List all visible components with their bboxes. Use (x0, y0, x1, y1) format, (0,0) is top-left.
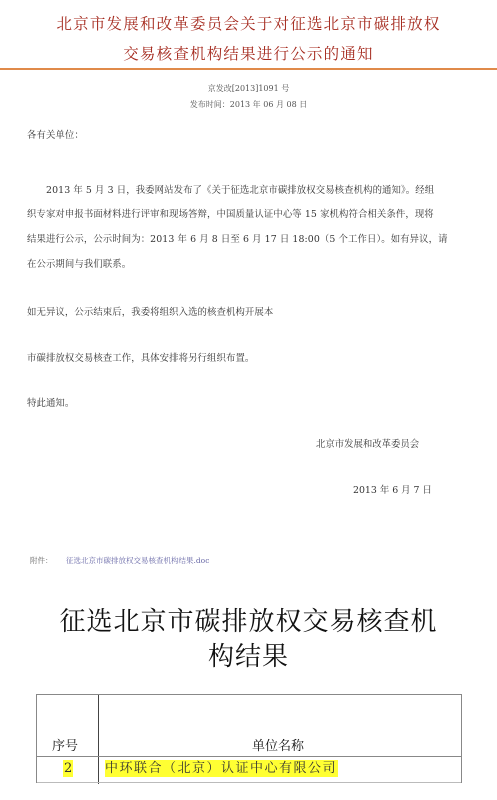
row-bottom-border (37, 782, 461, 783)
header-unit-name: 单位名称 (252, 735, 304, 754)
notice-title-line1: 北京市发展和改革委员会关于对征选北京市碳排放权 (0, 12, 497, 34)
column-divider (98, 695, 99, 784)
salutation: 各有关单位： (27, 127, 84, 141)
closing-text: 特此通知。 (27, 395, 74, 409)
header-divider (37, 756, 461, 757)
paragraph1-line1: 2013 年 5 月 3 日，我委网站发布了《关于征选北京市碳排放权交易核查机构… (46, 182, 434, 196)
notice-date: 2013 年 6 月 7 日 (353, 482, 432, 496)
result-title-line2: 构结果 (0, 640, 497, 674)
paragraph1-line3: 结果进行公示，公示时间为：2013 年 6 月 8 日至 6 月 17 日 18… (27, 231, 448, 245)
paragraph2-line1: 如无异议，公示结束后，我委将组织入选的核查机构开展本 (27, 304, 273, 318)
paragraph1-line4: 在公示期间与我们联系。 (27, 256, 131, 270)
doc-number: 京发改[2013]1091 号 (0, 83, 497, 94)
row-name-cell: 中环联合（北京）认证中心有限公司 (105, 760, 338, 777)
paragraph2-line2: 市碳排放权交易核查工作，具体安排将另行组织布置。 (27, 350, 254, 364)
paragraph1-line2: 织专家对申报书面材料进行评审和现场答辩，中国质量认证中心等 15 家机构符合相关… (27, 206, 434, 220)
row-seq-cell: 2 (63, 760, 73, 777)
publish-time: 发布时间：2013 年 06 月 08 日 (0, 99, 497, 110)
attachment-label: 附件： (30, 555, 53, 566)
attachment-link[interactable]: 征选北京市碳排放权交易核查机构结果.doc (66, 555, 209, 566)
title-divider (0, 68, 497, 70)
notice-title-line2: 交易核查机构结果进行公示的通知 (0, 42, 497, 64)
header-seq: 序号 (52, 735, 78, 754)
result-title-line1: 征选北京市碳排放权交易核查机 (0, 605, 497, 639)
result-table: 序号 单位名称 2 中环联合（北京）认证中心有限公司 (36, 694, 462, 783)
signature: 北京市发展和改革委员会 (316, 436, 419, 450)
